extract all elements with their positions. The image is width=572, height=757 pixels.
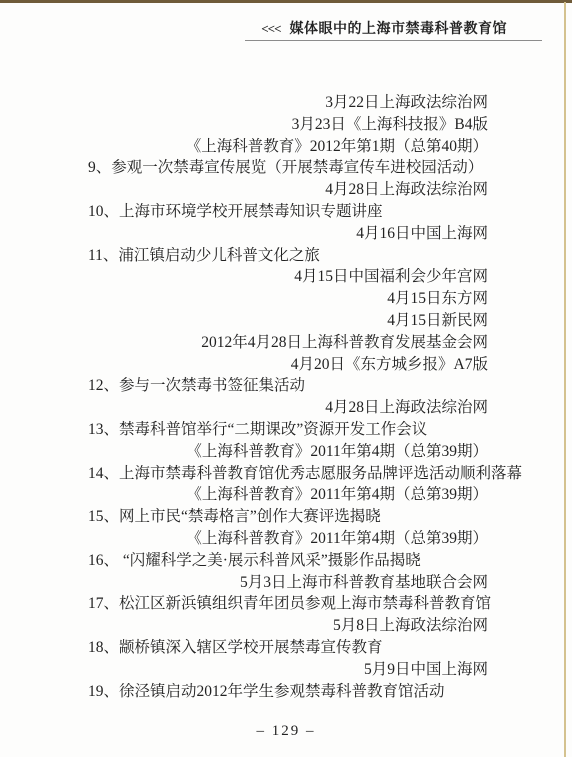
source-line: 《上海科普教育》2011年第4期（总第39期） xyxy=(88,528,488,550)
page-right-edge-line xyxy=(564,2,566,757)
running-header: <<<媒体眼中的上海市禁毒科普教育馆 xyxy=(0,20,507,39)
source-line: 3月22日上海政法综治网 xyxy=(88,92,488,114)
list-item: 9、参观一次禁毒宣传展览（开展禁毒宣传车进校园活动） xyxy=(88,157,488,179)
list-item: 10、上海市环境学校开展禁毒知识专题讲座 xyxy=(88,201,488,223)
source-line: 4月15日中国福利会少年宫网 xyxy=(88,266,488,288)
source-line: 4月28日上海政法综治网 xyxy=(88,397,488,419)
list-item: 12、参与一次禁毒书签征集活动 xyxy=(88,375,488,397)
list-item: 19、徐泾镇启动2012年学生参观禁毒科普教育馆活动 xyxy=(88,681,488,703)
source-line: 4月15日新民网 xyxy=(88,310,488,332)
list-item: 14、上海市禁毒科普教育馆优秀志愿服务品牌评选活动顺利落幕 xyxy=(88,463,488,485)
list-item: 17、松江区新浜镇组织青年团员参观上海市禁毒科普教育馆 xyxy=(88,593,488,615)
source-line: 4月20日《东方城乡报》A7版 xyxy=(88,354,488,376)
list-item: 18、颛桥镇深入辖区学校开展禁毒宣传教育 xyxy=(88,637,488,659)
source-line: 4月16日中国上海网 xyxy=(88,223,488,245)
source-line: 5月8日上海政法综治网 xyxy=(88,615,488,637)
list-item: 15、网上市民“禁毒格言”创作大赛评选揭晓 xyxy=(88,506,488,528)
list-item: 16、 “闪耀科学之美·展示科普风采”摄影作品揭晓 xyxy=(88,550,488,572)
source-line: 《上海科普教育》2011年第4期（总第39期） xyxy=(88,441,488,463)
document-body: 3月22日上海政法综治网3月23日《上海科技报》B4版《上海科普教育》2012年… xyxy=(88,92,488,702)
source-line: 4月15日东方网 xyxy=(88,288,488,310)
list-item: 11、浦江镇启动少儿科普文化之旅 xyxy=(88,245,488,267)
book-page: <<<媒体眼中的上海市禁毒科普教育馆 3月22日上海政法综治网3月23日《上海科… xyxy=(0,0,572,757)
source-line: 3月23日《上海科技报》B4版 xyxy=(88,114,488,136)
source-line: 5月3日上海市科普教育基地联合会网 xyxy=(88,572,488,594)
source-line: 《上海科普教育》2012年第1期（总第40期） xyxy=(88,136,488,158)
page-number: – 129 – xyxy=(0,723,572,740)
header-chevrons-icon: <<< xyxy=(261,21,280,36)
source-line: 5月9日中国上海网 xyxy=(88,659,488,681)
source-line: 4月28日上海政法综治网 xyxy=(88,179,488,201)
header-title: 媒体眼中的上海市禁毒科普教育馆 xyxy=(290,22,508,37)
page-top-border xyxy=(0,0,572,3)
list-item: 13、禁毒科普馆举行“二期课改”资源开发工作会议 xyxy=(88,419,488,441)
source-line: 2012年4月28日上海科普教育发展基金会网 xyxy=(88,332,488,354)
header-underline xyxy=(245,40,542,41)
source-line: 《上海科普教育》2011年第4期（总第39期） xyxy=(88,484,488,506)
